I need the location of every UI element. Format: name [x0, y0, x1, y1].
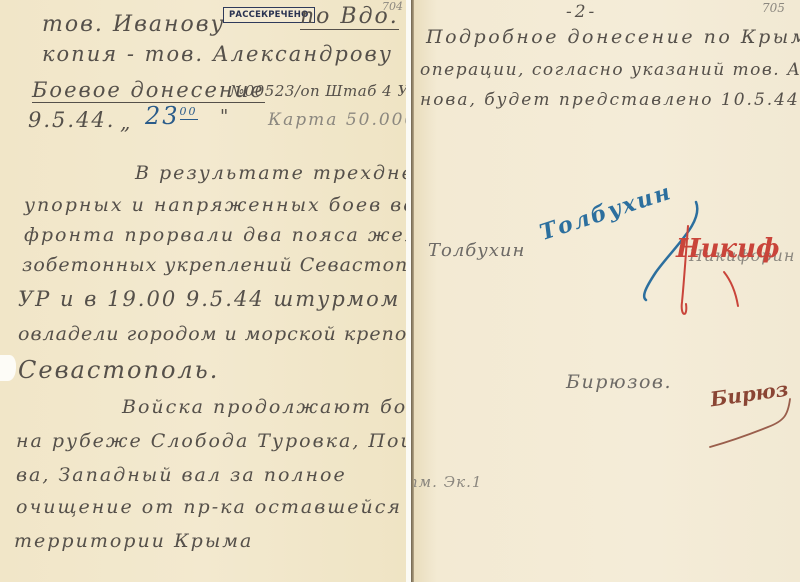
map-reference: Карта 50.000 [268, 112, 408, 129]
left-page: тов. Иванову РАССЕКРЕЧЕНО по Вдо. 704 ко… [0, 0, 408, 582]
archive-number-right: 705 [762, 2, 785, 14]
right-body-line-3: нова, будет представлено 10.5.44. [420, 92, 800, 109]
signature-biryuzov: Бирюз [709, 379, 789, 410]
report-time-minutes: 00 [180, 105, 198, 120]
quote-close: " [220, 108, 230, 126]
p2-line-4: очищение от пр-ка оставшейся [16, 498, 402, 517]
right-page: -2- 705 Подробное донесение по Крымской … [414, 0, 800, 582]
margin-note: пм. Эк.1 [414, 475, 482, 490]
printed-name-tolbukhin: Толбухин [428, 242, 525, 260]
p2-line-5: территории Крыма [14, 532, 253, 551]
document-spread: тов. Иванову РАССЕКРЕЧЕНО по Вдо. 704 ко… [0, 0, 800, 582]
page-marker: -2- [566, 4, 597, 21]
p1-line-7: Севастополь. [18, 358, 219, 382]
report-time: 2300 [145, 104, 198, 128]
printed-name-biryuzov: Бирюзов. [566, 373, 672, 392]
signature-tolbukhin: Толбухин [537, 181, 674, 244]
p2-line-2: на рубеже Слобода Туровка, Пошко- [16, 432, 408, 451]
p2-line-3: ва, Западный вал за полное [16, 466, 347, 485]
p1-line-1: В результате трехдневных [135, 164, 408, 183]
p2-line-1: Войска продолжают бой [122, 398, 408, 417]
report-number: №00523/оп Штаб 4 Укр. [230, 84, 408, 99]
p1-line-3: фронта прорвали два пояса жел- [24, 226, 408, 245]
p1-line-6: овладели городом и морской крепостью [18, 325, 408, 344]
report-time-hour: 23 [145, 102, 180, 130]
addressee-line-2: копия - тов. Александрову [42, 44, 393, 65]
p1-line-2: упорных и напряженных боев войска [24, 196, 408, 215]
paper-tear [0, 355, 16, 381]
addressee-line-1: тов. Иванову [42, 14, 225, 36]
signature-nikiforin: Никиф [676, 236, 779, 262]
quote-open: „ [120, 112, 132, 132]
p1-line-5: УР и в 19.00 9.5.44 штурмом [18, 289, 400, 310]
report-date: 9.5.44. [28, 110, 115, 131]
p1-line-4: зобетонных укреплений Севастопольского [22, 256, 408, 275]
archive-number-left: 704 [382, 1, 403, 12]
right-body-line-1: Подробное донесение по Крымской [426, 28, 800, 47]
right-body-line-2: операции, согласно указаний тов. Ант- [420, 62, 800, 79]
